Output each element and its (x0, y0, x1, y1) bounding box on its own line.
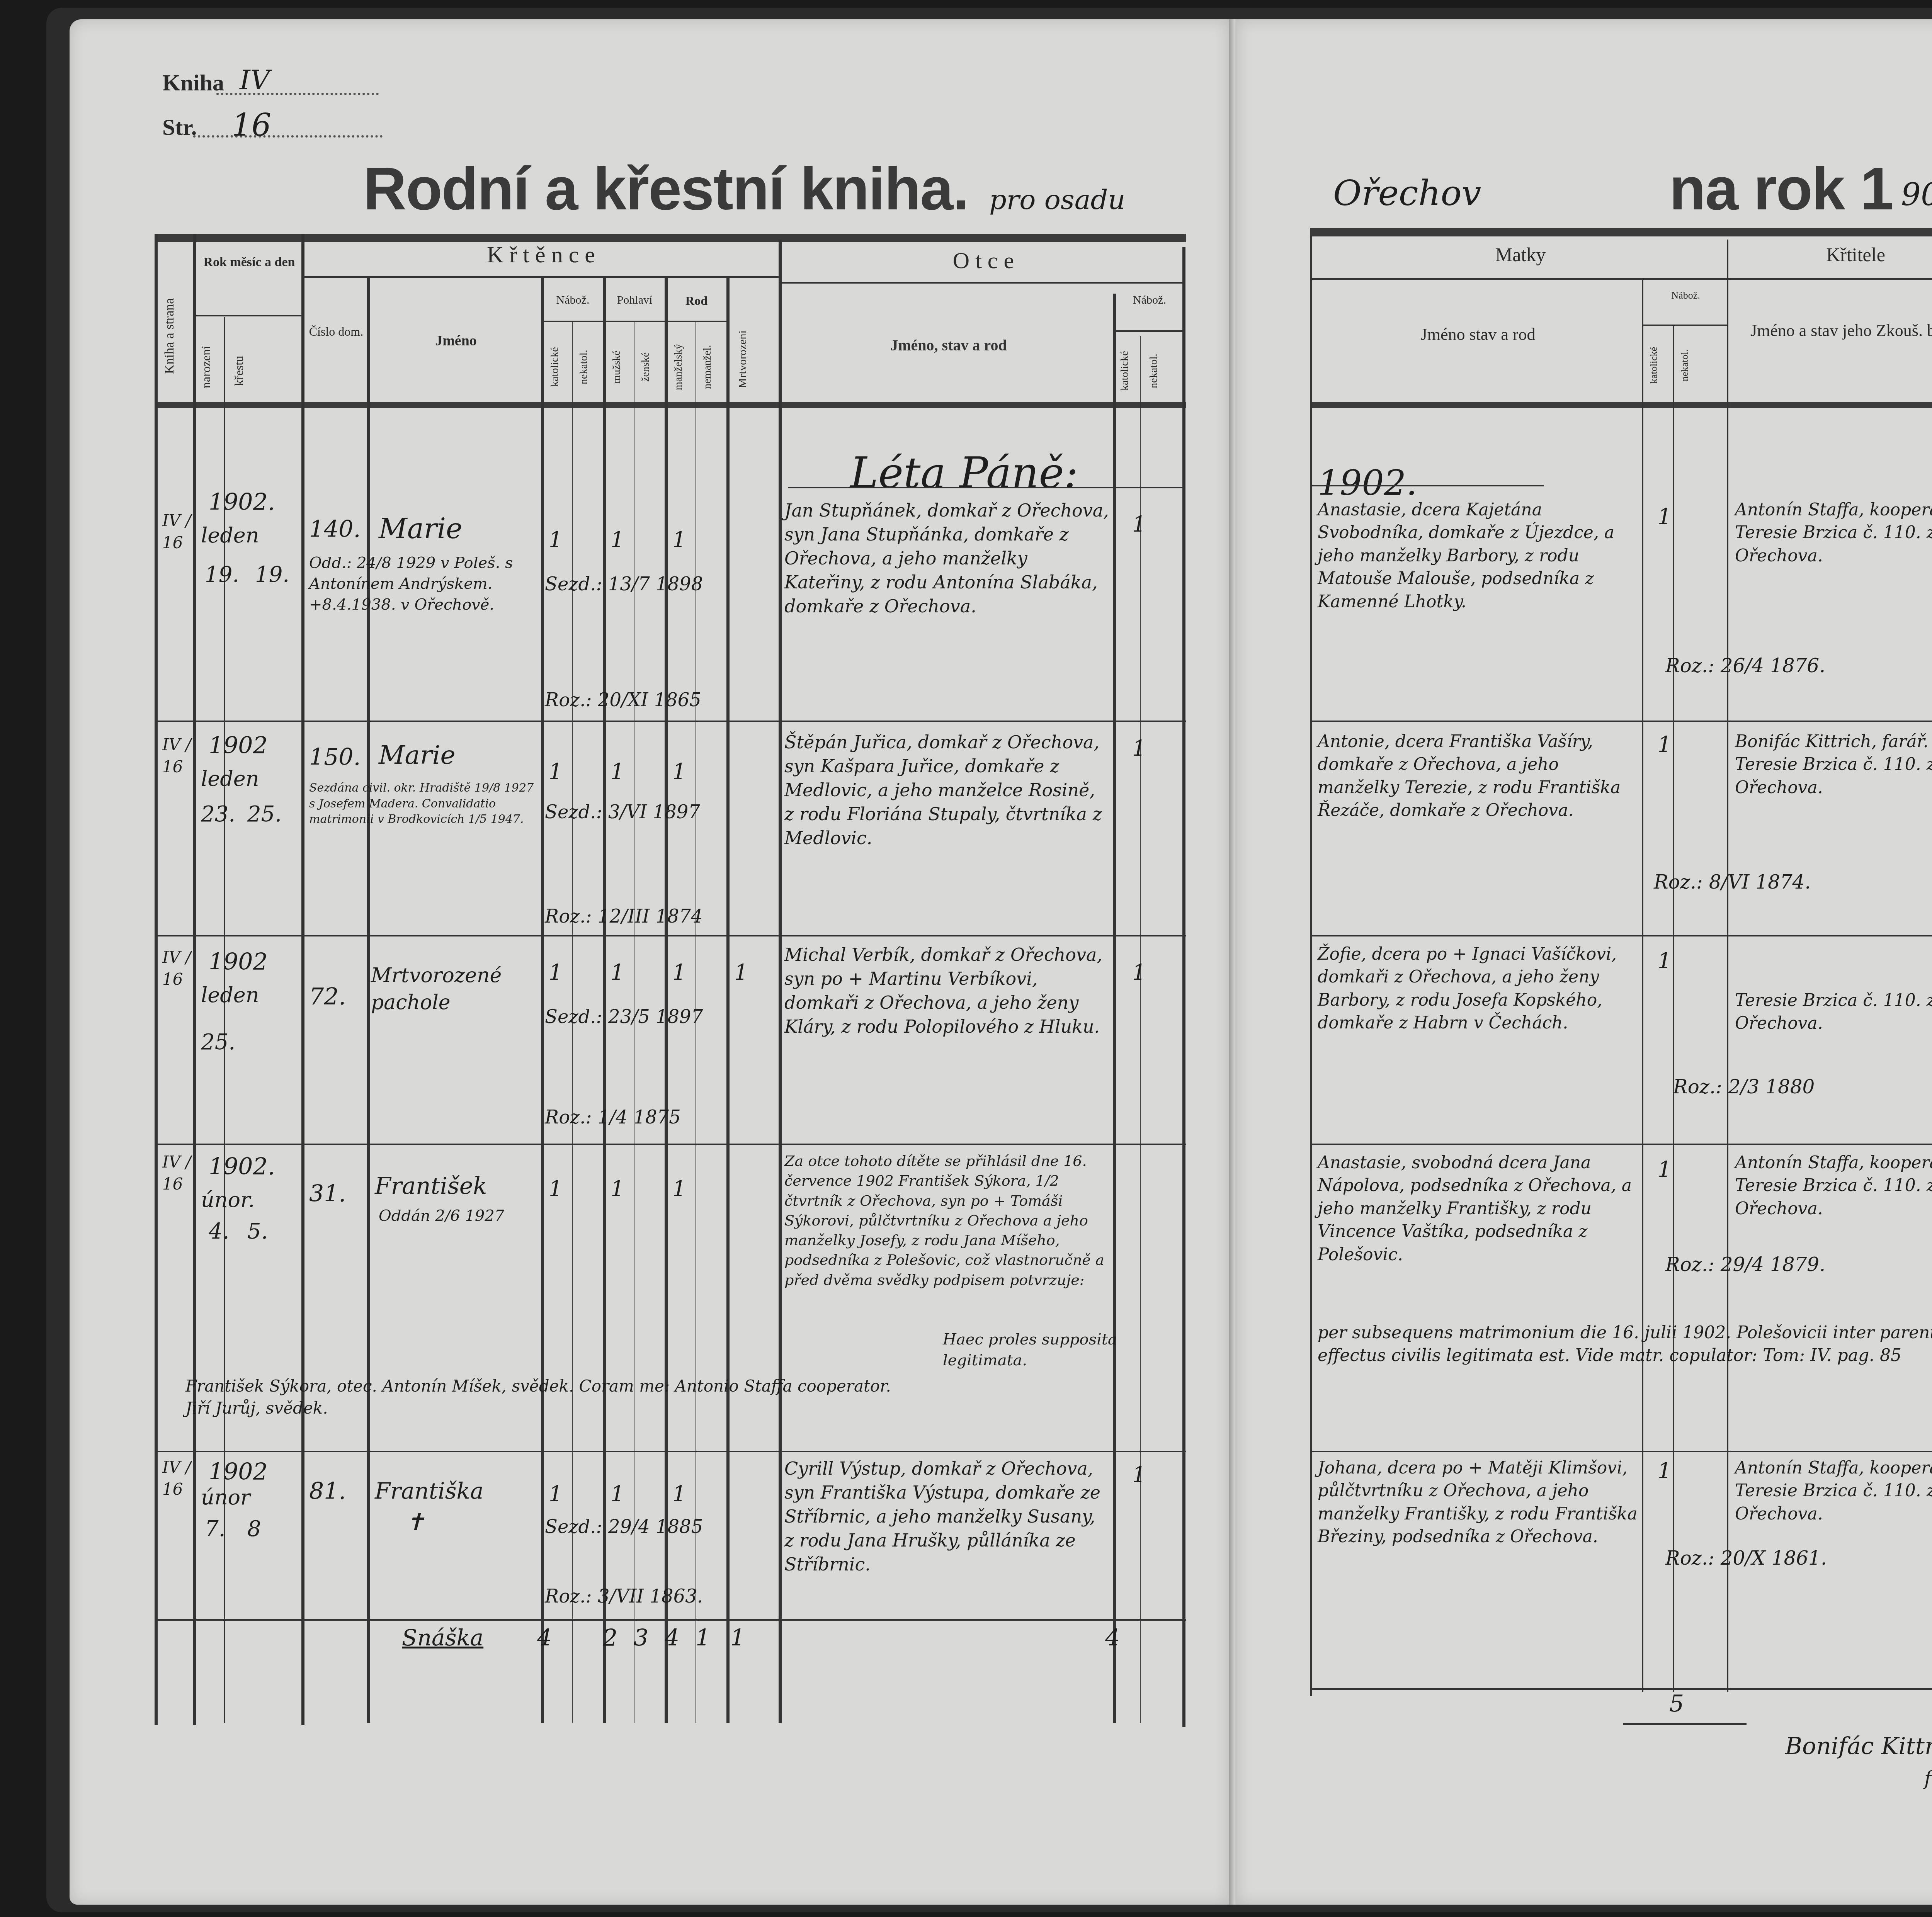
header-otce-jmeno: Jméno, stav a rod (784, 336, 1113, 354)
entry-4-birth-day: 4. (209, 1217, 229, 1246)
left-header-bottom-rule (155, 402, 1186, 408)
header-jmeno: Jméno (371, 332, 541, 349)
entry-3-mother-religion: 1 (1658, 947, 1672, 976)
entry-3-stillborn: 1 (734, 958, 748, 987)
entry-2-book-page: IV / 16 (162, 734, 193, 778)
header-matky: Matky (1314, 243, 1727, 266)
title-parish-prefix: pro osadu (989, 182, 1125, 218)
entry-3-father-religion: 1 (1132, 958, 1146, 987)
entry-1-house-no: 140. (309, 514, 361, 545)
entry-1-birth-day: 19. (205, 560, 239, 590)
entry-3-house-no: 72. (309, 981, 346, 1013)
entry-4-mother-dob: Roz.: 29/4 1879. (1665, 1252, 1825, 1278)
page-dotted-line (193, 135, 383, 138)
entry-2-month: leden (201, 765, 259, 793)
entry-5-baptizer: Antonín Staffa, kooperator. Teresie Brzi… (1735, 1456, 1932, 1525)
entry-5-mother-religion: 1 (1658, 1456, 1672, 1486)
row-separator (1312, 721, 1932, 722)
col-divider (779, 240, 782, 1723)
header-krtence: K ř t ě n c e (305, 241, 777, 268)
entry-5-sex: 1 (611, 1480, 624, 1509)
entry-2-name-note: Sezdána civil. okr. Hradiště 19/8 1927 s… (309, 780, 541, 828)
row-separator (1312, 1688, 1932, 1690)
totals-sex-f: 3 (634, 1623, 648, 1654)
signature-name: Bonifác Kittrich (1785, 1731, 1932, 1762)
col-divider (1673, 325, 1674, 1692)
left-table-border (155, 234, 158, 1725)
entry-3-baptizer: Teresie Brzica č. 110. z Ořechova. (1735, 989, 1932, 1035)
col-divider (603, 278, 606, 1723)
subheader-rule (1310, 278, 1932, 280)
entry-3-sex: 1 (611, 958, 624, 987)
entry-5-mother-dob: Roz.: 20/X 1861. (1665, 1545, 1827, 1572)
entry-2-father-dob: Roz.: 12/III 1874 (545, 904, 703, 929)
parish-name: Ořechov (1333, 170, 1481, 217)
header-manzelsky: manželský (672, 332, 692, 402)
col-divider (1113, 294, 1116, 1723)
entry-2-mother-dob: Roz.: 8/VI 1874. (1654, 869, 1811, 896)
row-separator (155, 1144, 1186, 1145)
entry-2-house-no: 150. (309, 742, 361, 773)
entry-5-father-dob: Roz.: 3/VII 1863. (545, 1584, 703, 1609)
book-value: IV (240, 62, 270, 99)
entry-2-sex: 1 (611, 757, 624, 787)
entry-1-religion: 1 (549, 525, 563, 555)
entry-2-baptizer: Bonifác Kittrich, farář. Teresie Brzica … (1735, 730, 1932, 799)
header-nemanzel: nemanžel. (701, 332, 721, 402)
row-separator (1312, 1451, 1932, 1452)
totals-label: Snáška (402, 1623, 483, 1653)
entry-4-baptism-day: 5. (247, 1217, 268, 1246)
entry-2-mother: Antonie, dcera Františka Vašíry, domkaře… (1318, 730, 1638, 822)
subheader-rule (541, 321, 726, 322)
header-muzske: mužské (611, 332, 630, 402)
entry-4-religion: 1 (549, 1174, 563, 1204)
header-nekatol: nekatol. (578, 332, 597, 402)
header-naboz: Nábož. (543, 294, 603, 307)
heading-underline (1312, 485, 1544, 486)
col-divider (301, 234, 304, 1725)
totals-underline (1623, 1723, 1747, 1725)
entry-2-father: Štěpán Juřica, domkař z Ořechova, syn Ka… (784, 730, 1109, 850)
header-otce-katolicke: katolické (1119, 340, 1138, 402)
header-matky-naboz: Nábož. (1644, 290, 1727, 301)
col-divider (1642, 278, 1643, 1692)
cross-icon: ✝ (406, 1507, 425, 1538)
entry-1-father-religion: 1 (1132, 510, 1146, 539)
header-matky-katolicke: katolické (1648, 332, 1667, 398)
totals-religion: 4 (537, 1623, 552, 1654)
entry-5-month: únor (201, 1484, 250, 1512)
entry-3-book-page: IV / 16 (162, 947, 193, 990)
entry-5-religion: 1 (549, 1480, 563, 1509)
entry-2-father-religion: 1 (1132, 734, 1146, 763)
entry-1-mother-dob: Roz.: 26/4 1876. (1665, 653, 1825, 679)
header-rok-mesic-den: Rok měsíc a den (197, 255, 301, 270)
entry-1-month: leden (201, 522, 259, 550)
row-separator (155, 1451, 1186, 1452)
entry-4-book-page: IV / 16 (162, 1151, 193, 1195)
header-krestu: křestu (232, 340, 253, 402)
entry-3-legit: 1 (672, 958, 686, 987)
entry-1-baptism-day: 19. (255, 560, 289, 590)
entry-5-book-page: IV / 16 (162, 1456, 193, 1500)
header-katolicke: katolické (549, 332, 568, 402)
entry-2-religion: 1 (549, 757, 563, 787)
entry-3-mother-dob: Roz.: 2/3 1880 (1673, 1074, 1815, 1100)
entry-4-father: Za otce tohoto dítěte se přihlásil dne 1… (784, 1151, 1109, 1290)
page-label-text: Str. (162, 114, 197, 140)
page-value: 16 (232, 104, 271, 146)
entry-3-name: Mrtvorozené pachole (371, 962, 541, 1016)
entry-2-mother-religion: 1 (1658, 730, 1672, 760)
entry-2-birth-day: 23. (201, 800, 235, 829)
entry-1-sex: 1 (611, 525, 624, 555)
right-header-bottom-rule (1310, 402, 1932, 408)
col-divider (1140, 336, 1141, 1723)
col-divider (367, 278, 370, 1723)
entry-1-book-page: IV / 16 (162, 510, 193, 554)
entry-5-father-religion: 1 (1132, 1460, 1146, 1490)
header-matky-nekatol: nekatol. (1679, 332, 1698, 398)
entry-4-mother-religion: 1 (1658, 1155, 1672, 1185)
header-otce: O t c e (784, 247, 1182, 274)
row-separator (155, 721, 1186, 722)
right-table-top-rule (1310, 228, 1932, 236)
entry-5-marriage-date: Sezd.: 29/4 1885 (545, 1514, 703, 1540)
entry-4-house-no: 31. (309, 1178, 346, 1210)
header-zenske: ženské (639, 332, 659, 402)
entry-4-latin-note: per subsequens matrimonium die 16. julii… (1318, 1321, 1932, 1367)
totals-sex-m: 2 (603, 1623, 617, 1654)
entry-4-sex: 1 (611, 1174, 624, 1204)
entry-5-year: 1902 (209, 1456, 268, 1488)
col-divider (1727, 240, 1728, 1692)
header-kniha-strana: Kniha a strana (162, 270, 185, 402)
col-divider (1310, 236, 1312, 1696)
entry-1-father: Jan Stupňánek, domkař z Ořechova, syn Ja… (784, 498, 1109, 618)
entry-5-legit: 1 (672, 1480, 686, 1509)
entry-3-father-dob: Roz.: 1/4 1875 (545, 1105, 681, 1130)
entry-2-year: 1902 (209, 730, 268, 761)
subheader-rule (1642, 325, 1727, 326)
page-label: Str. (162, 114, 197, 141)
entry-5-baptism-day: 8 (247, 1514, 261, 1544)
year-printed: na rok 1 (1669, 155, 1893, 223)
entry-4-signatures: František Sýkora, otec. Antonín Míšek, s… (185, 1375, 912, 1419)
col-divider (665, 278, 668, 1723)
entry-3-father: Michal Verbík, domkař z Ořechova, syn po… (784, 943, 1109, 1038)
entry-3-birth-day: 25. (201, 1028, 235, 1057)
entry-1-name-note: Odd.: 24/8 1929 v Poleš. s Antonínem And… (309, 552, 541, 615)
row-separator (1312, 935, 1932, 936)
entry-4-mother: Anastasie, svobodná dcera Jana Nápolova,… (1318, 1151, 1638, 1266)
entry-3-mother: Žofie, dcera po + Ignaci Vašíčkovi, domk… (1318, 943, 1638, 1035)
col-divider (193, 234, 196, 1725)
subheader-rule (301, 276, 781, 278)
entry-3-month: leden (201, 981, 259, 1009)
entry-5-birth-day: 7. (205, 1514, 225, 1544)
header-narozeni: narození (199, 332, 220, 402)
header-krtitele: Křtitele (1729, 243, 1932, 266)
entry-1-year: 1902. (209, 487, 275, 518)
totals-legit: 4 (665, 1623, 679, 1654)
entry-2-baptism-day: 25. (247, 800, 282, 829)
entry-5-name: Františka (375, 1476, 483, 1506)
entry-5-house-no: 81. (309, 1476, 346, 1507)
entry-1-baptizer: Antonín Staffa, kooperator. Teresie Brzi… (1735, 498, 1932, 567)
leta-pane-heading: Léta Páně: (850, 444, 1078, 502)
col-divider (541, 278, 544, 1723)
entry-2-legit: 1 (672, 757, 686, 787)
book-label: Kniha (162, 70, 224, 96)
left-table-top-rule (155, 234, 1186, 242)
entry-4-name: František (375, 1171, 487, 1202)
header-otce-naboz: Nábož. (1117, 294, 1182, 307)
totals-mother-count: 5 (1669, 1688, 1684, 1720)
col-divider (726, 278, 730, 1723)
row-separator (155, 1619, 1186, 1621)
totals-illegit: 1 (696, 1623, 710, 1654)
entry-4-year: 1902. (209, 1151, 275, 1183)
register-title: Rodní a křestní kniha. (363, 155, 969, 223)
header-matky-jmeno: Jméno stav a rod (1314, 325, 1642, 344)
entry-1-marriage-date: Sezd.: 13/7 1898 (545, 572, 703, 597)
header-mrtvorozeni: Mrtvorozeni (736, 317, 759, 402)
entry-3-marriage-date: Sezd.: 23/5 1897 (545, 1004, 703, 1030)
col-divider (1182, 247, 1185, 1727)
entry-1-mother-religion: 1 (1658, 502, 1672, 532)
subheader-rule (781, 282, 1182, 284)
entry-4-baptizer: Antonín Staffa, kooperator. Teresie Brzi… (1735, 1151, 1932, 1220)
row-separator (155, 935, 1186, 936)
entry-5-mother: Johana, dcera po + Matěji Klimšovi, půlč… (1318, 1456, 1638, 1548)
header-pohlavi: Pohlaví (605, 294, 665, 307)
subheader-rule (1113, 330, 1182, 332)
header-rod: Rod (667, 294, 726, 308)
entry-1-name: Marie (379, 510, 463, 547)
subheader-rule (193, 315, 301, 316)
entry-2-marriage-date: Sezd.: 3/VI 1897 (545, 800, 700, 825)
header-krtitele-jmeno: Jméno a stav jeho Zkouš. bába (1735, 321, 1932, 340)
book-label-text: Kniha (162, 70, 224, 95)
entry-1-father-dob: Roz.: 20/XI 1865 (545, 688, 701, 713)
entry-3-religion: 1 (549, 958, 563, 987)
signature-role: farář (1924, 1766, 1932, 1792)
entry-4-name-note: Oddán 2/6 1927 (379, 1205, 533, 1226)
year-handwritten: 902. (1901, 174, 1932, 216)
header-otce-nekatol: nekatol. (1148, 340, 1167, 402)
totals-father-religion: 4 (1105, 1623, 1120, 1654)
totals-stillborn: 1 (730, 1623, 745, 1654)
entry-4-month: únor. (201, 1186, 255, 1214)
entry-4-legit: 1 (672, 1174, 686, 1204)
entry-2-name: Marie (379, 738, 456, 772)
entry-1-legit: 1 (672, 525, 686, 555)
heading-underline (788, 487, 1182, 488)
header-cislo-dom: Číslo dom. (305, 325, 367, 339)
entry-1-mother: Anastasie, dcera Kajetána Svobodníka, do… (1318, 498, 1638, 613)
entry-4-father-note: Haec proles supposita legitimata. (943, 1329, 1182, 1371)
entry-3-year: 1902 (209, 947, 268, 978)
row-separator (1312, 1144, 1932, 1145)
entry-5-father: Cyrill Výstup, domkař z Ořechova, syn Fr… (784, 1456, 1109, 1576)
